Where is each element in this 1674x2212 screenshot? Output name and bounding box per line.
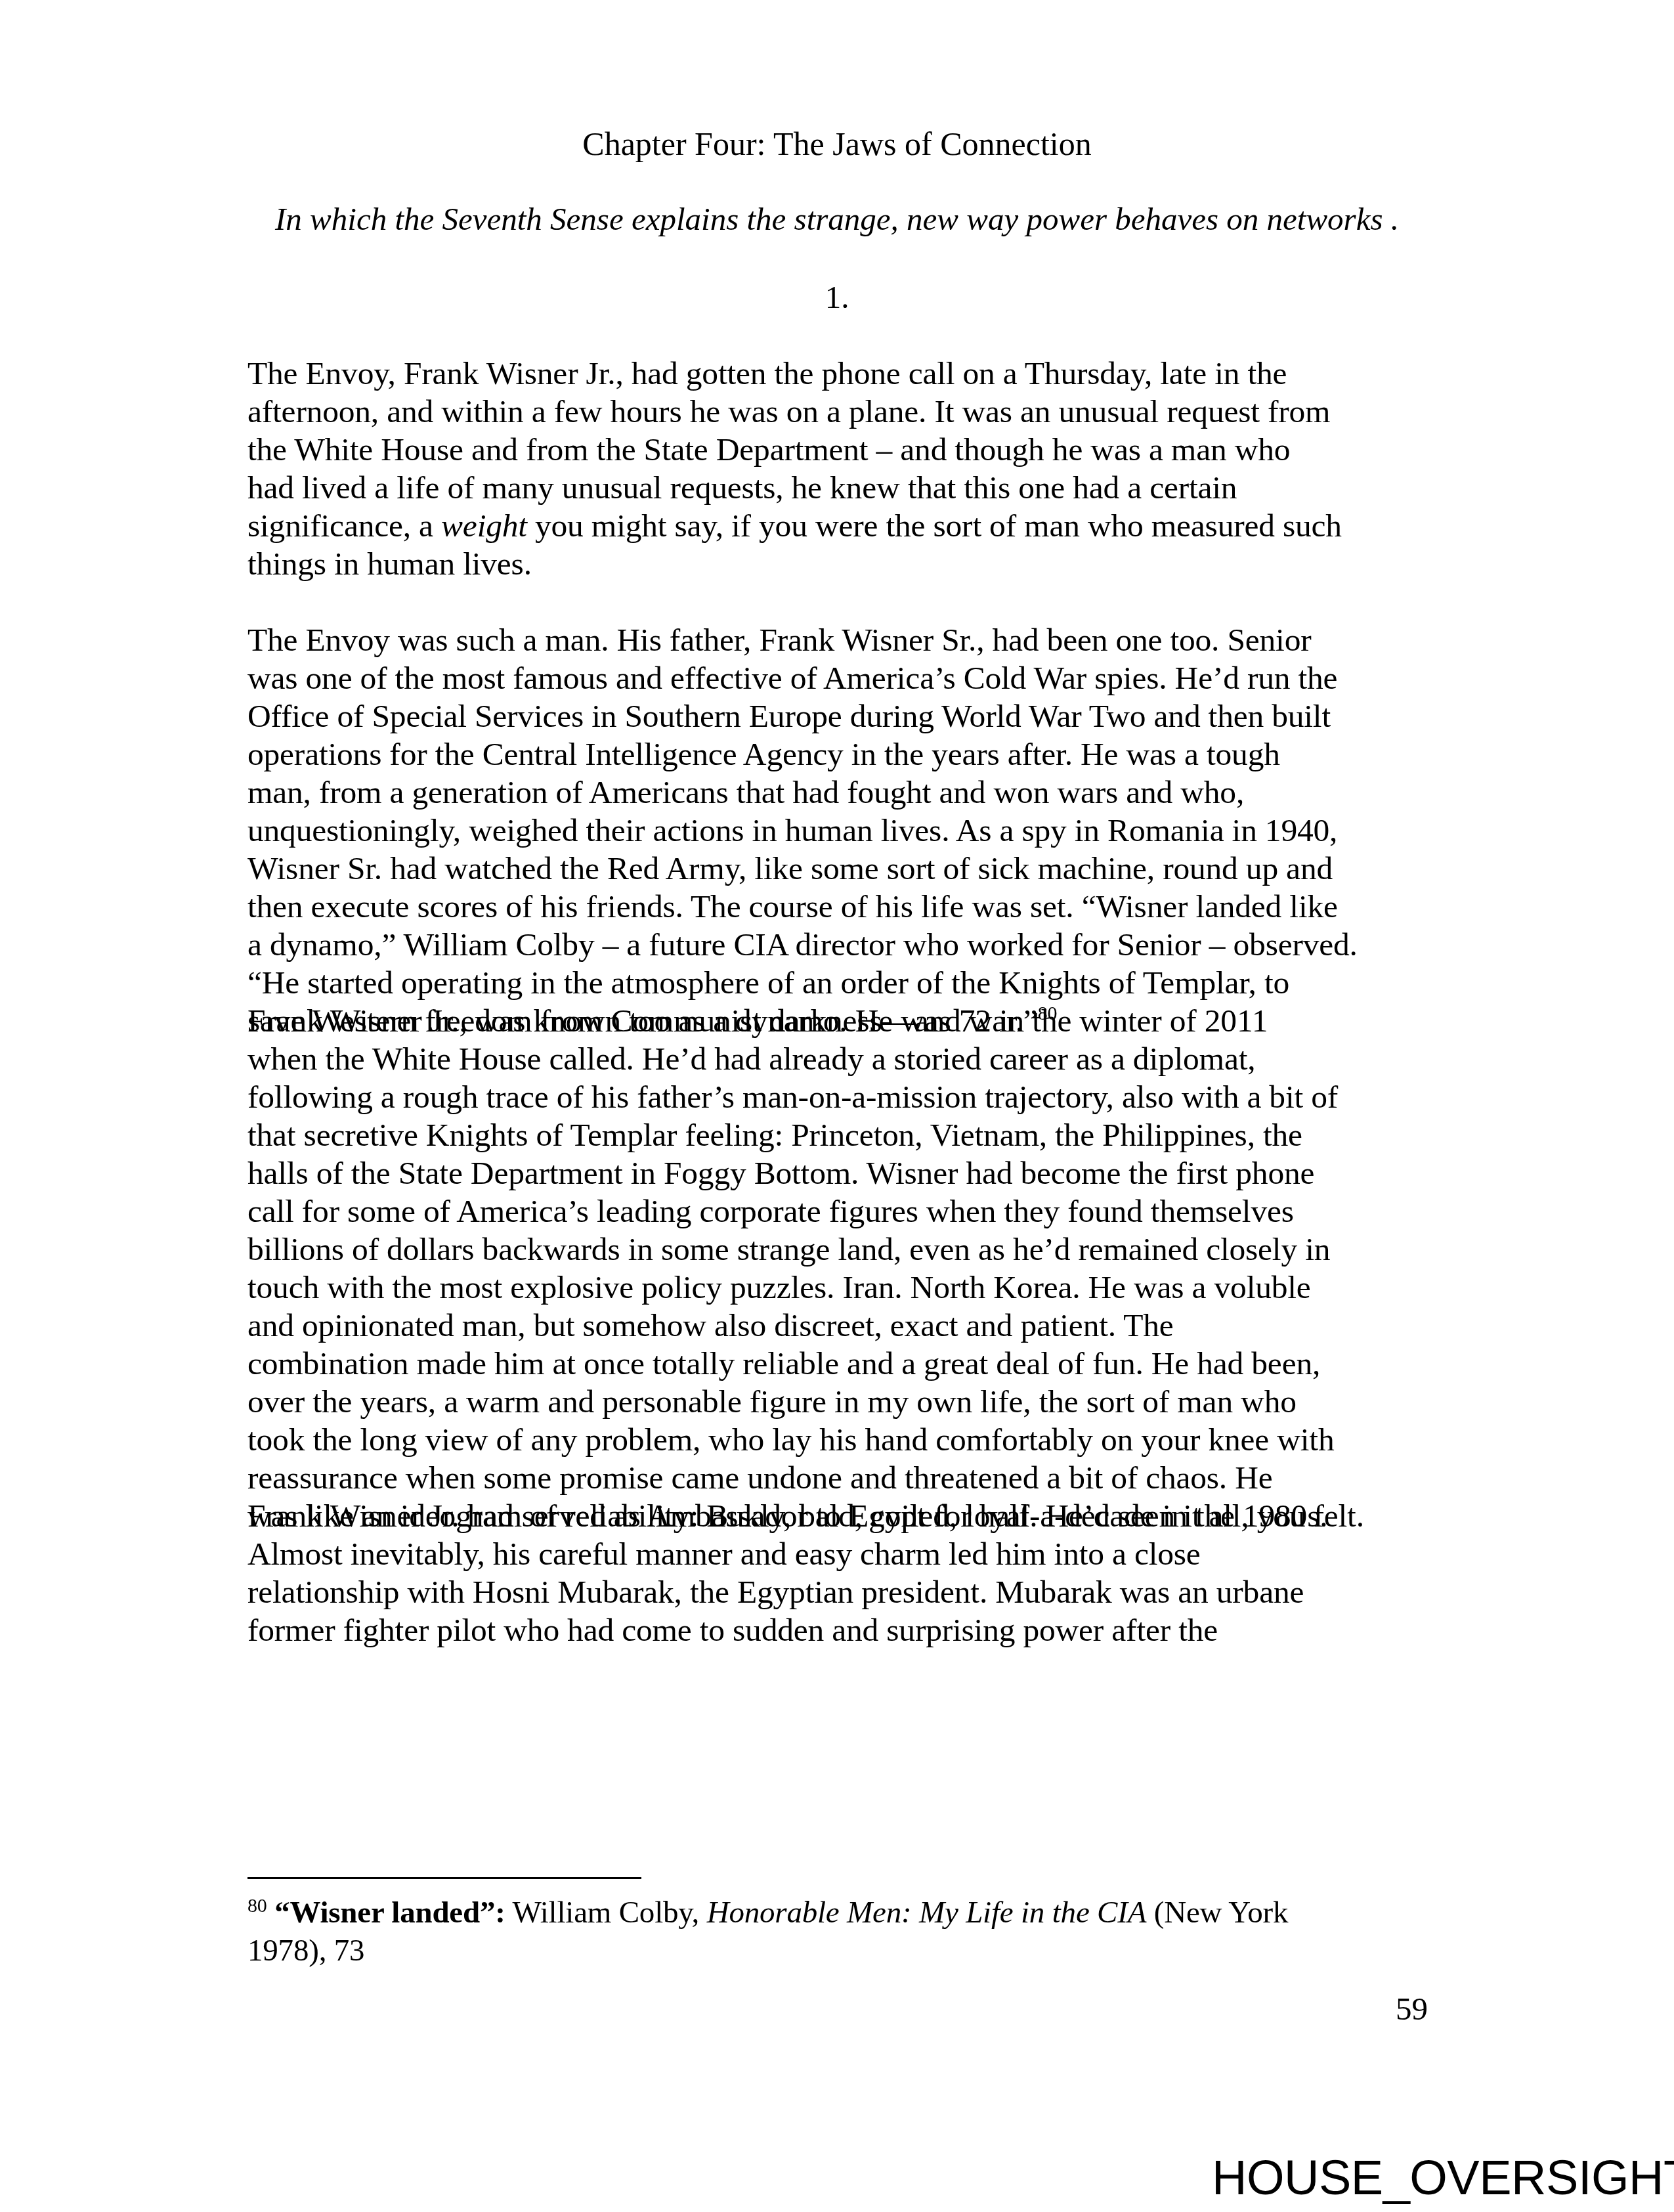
paragraph-3: Frank Wisner Jr., was known too as a dyn… [247,1002,1429,1535]
text-line: a dynamo,” William Colby – a future CIA … [247,926,1429,964]
footnote-line: 1978), 73 [247,1932,1429,1970]
text-line: Office of Special Services in Southern E… [247,697,1429,735]
text-line: combination made him at once totally rel… [247,1345,1429,1383]
text-line: had lived a life of many unusual request… [247,469,1429,507]
text-line: and opinionated man, but somehow also di… [247,1307,1429,1345]
text-line: touch with the most explosive policy puz… [247,1269,1429,1307]
chapter-title: Chapter Four: The Jaws of Connection [0,125,1674,163]
text-line: The Envoy, Frank Wisner Jr., had gotten … [247,355,1429,393]
text-line: Wisner Sr. had watched the Red Army, lik… [247,850,1429,888]
text-line: following a rough trace of his father’s … [247,1078,1429,1116]
footnote-80: 80 “Wisner landed”: William Colby, Honor… [247,1894,1429,1970]
text-line: reassurance when some promise came undon… [247,1459,1429,1497]
footnote-text: (New York [1146,1896,1288,1930]
text-line: then execute scores of his friends. The … [247,888,1429,926]
text-line: operations for the Central Intelligence … [247,735,1429,773]
chapter-subtitle: In which the Seventh Sense explains the … [0,200,1674,238]
text-line: relationship with Hosni Mubarak, the Egy… [247,1573,1429,1611]
text-run: you might say, if you were the sort of m… [527,508,1342,544]
page-number: 59 [1379,1990,1428,2028]
emphasis-weight: weight [441,508,527,544]
text-line: Frank Wisner Jr., was known too as a dyn… [247,1002,1429,1040]
text-line: took the long view of any problem, who l… [247,1421,1429,1459]
document-page: Chapter Four: The Jaws of Connection In … [0,0,1674,2212]
text-line: things in human lives. [247,545,1429,583]
section-number: 1. [0,278,1674,316]
text-line: Almost inevitably, his careful manner an… [247,1535,1429,1573]
footnote-separator [247,1877,641,1879]
bates-stamp: HOUSE_OVERSIGHT_018291 [1212,2152,1674,2204]
footnote-line: 80 “Wisner landed”: William Colby, Honor… [247,1894,1429,1932]
text-line: billions of dollars backwards in some st… [247,1230,1429,1269]
text-line: “He started operating in the atmosphere … [247,964,1429,1002]
paragraph-1: The Envoy, Frank Wisner Jr., had gotten … [247,355,1429,583]
text-line: the White House and from the State Depar… [247,431,1429,469]
text-line: over the years, a warm and personable fi… [247,1383,1429,1421]
text-line: was one of the most famous and effective… [247,659,1429,697]
footnote-book-title: Honorable Men: My Life in the CIA [707,1896,1147,1930]
footnote-text: William Colby, [505,1896,707,1930]
text-run: significance, a [247,508,441,544]
text-line: unquestioningly, weighed their actions i… [247,812,1429,850]
text-line: that secretive Knights of Templar feelin… [247,1116,1429,1154]
text-line: Frank Wisner Jr. had served as Ambassado… [247,1497,1429,1535]
text-line: significance, a weight you might say, if… [247,507,1429,545]
paragraph-2: The Envoy was such a man. His father, Fr… [247,621,1429,1040]
text-line: call for some of America’s leading corpo… [247,1192,1429,1230]
paragraph-4: Frank Wisner Jr. had served as Ambassado… [247,1497,1429,1649]
text-line: halls of the State Department in Foggy B… [247,1154,1429,1192]
text-line: when the White House called. He’d had al… [247,1040,1429,1078]
text-line: man, from a generation of Americans that… [247,773,1429,812]
text-line: The Envoy was such a man. His father, Fr… [247,621,1429,659]
footnote-lead: “Wisner landed”: [274,1896,505,1930]
footnote-number: 80 [247,1895,267,1917]
text-line: afternoon, and within a few hours he was… [247,393,1429,431]
text-line: former fighter pilot who had come to sud… [247,1611,1429,1649]
